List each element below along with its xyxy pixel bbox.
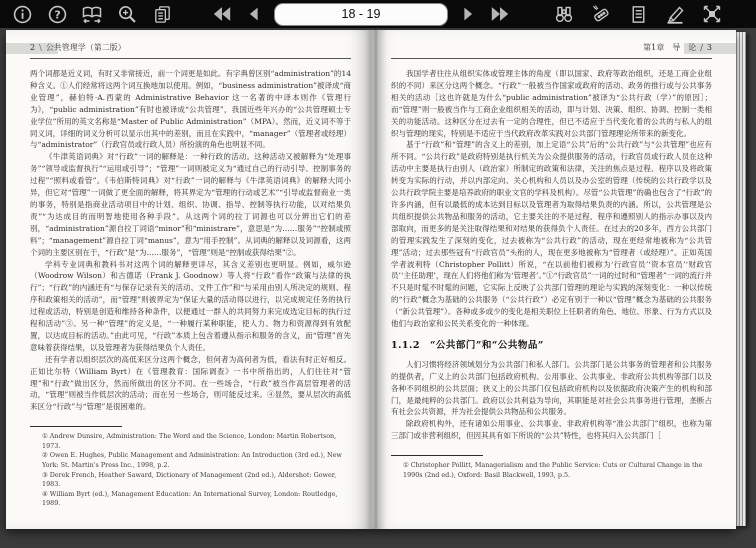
right-running-head: 第1章 导 论 / 3 <box>391 42 712 59</box>
search-button[interactable] <box>552 2 576 26</box>
bookmark-button[interactable] <box>589 2 613 26</box>
chapter-title: 第1章 导 论 <box>643 42 696 53</box>
toolbar-left-group: ? <box>10 2 174 26</box>
help-button[interactable]: ? <box>45 2 69 26</box>
right-footnotes: ① Christopher Pollitt, Managerialism and… <box>391 455 712 480</box>
section-heading: 1.1.2 “公共部门”和“公共物品” <box>391 340 712 352</box>
body-paragraph: 《牛津英语词典》对“行政”一词的解释是：一种行政的活动。这种活动又被解释为“处理… <box>30 151 351 258</box>
first-page-icon <box>210 4 234 24</box>
left-page-number: 2 <box>30 43 35 52</box>
page-stack-edge <box>735 32 746 526</box>
next-page-icon <box>458 4 478 24</box>
right-page-body: 我国学者往往从组织实体或管理主体的角度（即以国家、政府等政治组织，还是工商企业组… <box>391 68 712 442</box>
left-footnotes: ① Andrew Dunsire, Administration: The Wo… <box>30 426 351 509</box>
page-spread: 2 \ 公共管理学（第二版） 两个词都是近义词，有时又非常接近，前一个词更是如此… <box>6 30 736 529</box>
footnote: ① Christopher Pollitt, Managerialism and… <box>391 461 712 480</box>
left-running-head: 2 \ 公共管理学（第二版） <box>30 42 351 59</box>
body-paragraph: 学科专业词典和教科书对这两个词的解释更详尽，其含义差别也更明显。例如，威尔逊（W… <box>30 259 351 354</box>
info-icon <box>12 4 33 25</box>
body-paragraph: 两个词都是近义词，有时又非常接近，前一个词更是如此。有字典曾区别“adminis… <box>30 68 351 151</box>
two-page-view-button[interactable] <box>80 2 104 26</box>
left-page-body: 两个词都是近义词，有时又非常接近，前一个词更是如此。有字典曾区别“adminis… <box>30 68 351 413</box>
footnote: ② Owen E. Hughes, Public Management and … <box>30 451 351 470</box>
two-page-view-icon <box>81 3 103 25</box>
copy-pages-icon <box>152 4 173 25</box>
svg-text:?: ? <box>54 8 60 21</box>
toolbar: ? <box>0 0 756 28</box>
zoom-in-button[interactable] <box>115 2 139 26</box>
previous-page-button[interactable] <box>242 2 266 26</box>
page-navigation <box>210 2 512 26</box>
help-icon: ? <box>47 4 68 25</box>
book-title: 公共管理学（第二版） <box>46 42 126 53</box>
body-paragraph: 基于“行政”和“管理”的含义上的差别，加上定语“公共”后的“公共行政”与“公共管… <box>391 139 712 330</box>
footnote-rule <box>30 426 122 427</box>
zoom-in-icon <box>117 4 138 25</box>
body-paragraph: 我国学者往往从组织实体或管理主体的角度（即以国家、政府等政治组织，还是工商企业组… <box>391 68 712 139</box>
page-number-input[interactable] <box>274 3 448 26</box>
book: 2 \ 公共管理学（第二版） 两个词都是近义词，有时又非常接近，前一个词更是如此… <box>6 30 746 529</box>
header-slash: / <box>700 43 703 52</box>
first-page-button[interactable] <box>210 2 234 26</box>
footnote: ① Andrew Dunsire, Administration: The Wo… <box>30 432 351 451</box>
previous-page-icon <box>244 4 264 24</box>
notes-button[interactable] <box>626 2 650 26</box>
last-page-icon <box>488 4 512 24</box>
notes-document-icon <box>628 4 649 25</box>
search-binoculars-icon <box>553 3 575 25</box>
footnote: ④ William Byrt (ed.), Management Educati… <box>30 490 351 509</box>
body-paragraph: 人们习惯将经济领域划分为公共部门和私人部门。公共部门是公共事务的管理者和公共服务… <box>391 359 712 419</box>
fullscreen-icon <box>701 3 723 25</box>
info-button[interactable] <box>10 2 34 26</box>
footnote: ③ Derek French, Heather Saward, Dictiona… <box>30 471 351 490</box>
highlighter-button[interactable] <box>663 2 687 26</box>
toolbar-right-group <box>552 2 724 26</box>
left-page[interactable]: 2 \ 公共管理学（第二版） 两个词都是近义词，有时又非常接近，前一个词更是如此… <box>6 30 371 529</box>
reader-window: ? <box>0 0 756 548</box>
body-paragraph: 还有学者以组织层次的高低来区分这两个概念，但何者为高何者为低，看法有时正好相反。… <box>30 354 351 414</box>
footnote-rule <box>391 455 483 456</box>
right-page-number: 3 <box>707 43 712 52</box>
last-page-button[interactable] <box>488 2 512 26</box>
body-paragraph: 除政府机构外，还有诸如公用事业、公共事业、非政府机构等“准公共部门”组织，也称为… <box>391 418 712 442</box>
highlighter-pen-icon <box>664 3 686 25</box>
bookmark-tag-icon <box>590 3 612 25</box>
header-ornament: \ <box>39 43 42 52</box>
fullscreen-button[interactable] <box>700 2 724 26</box>
right-page[interactable]: 第1章 导 论 / 3 我国学者往往从组织实体或管理主体的角度（即以国家、政府等… <box>371 30 736 529</box>
next-page-button[interactable] <box>456 2 480 26</box>
copy-pages-button[interactable] <box>150 2 174 26</box>
